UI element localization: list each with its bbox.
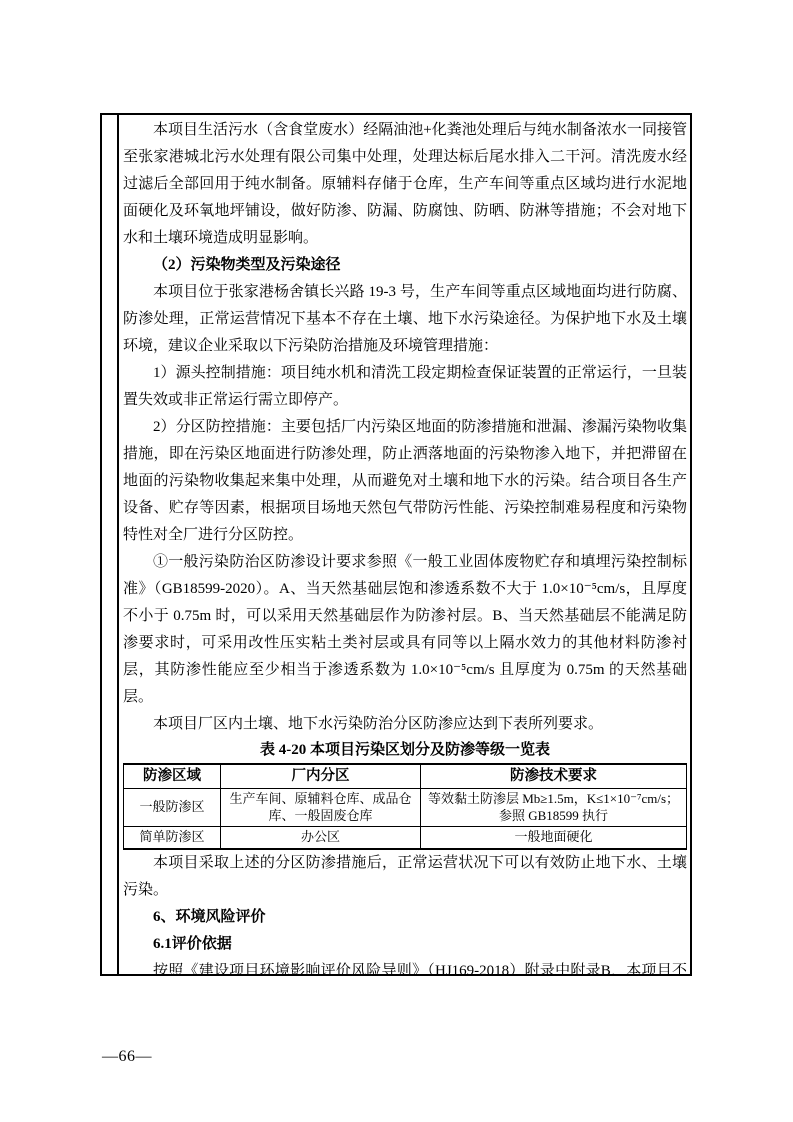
cell-req-simple: 一般地面硬化 [421, 827, 687, 849]
frame-left-column [102, 115, 119, 974]
table-header-row: 防渗区域 厂内分区 防渗技术要求 [124, 764, 687, 789]
table-420-seepage-zones: 防渗区域 厂内分区 防渗技术要求 一般防渗区 生产车间、原辅料仓库、成品仓库、一… [123, 763, 687, 850]
cell-area-simple: 办公区 [221, 827, 421, 849]
table-row-general-zone: 一般防渗区 生产车间、原辅料仓库、成品仓库、一般固废仓库 等效黏土防渗层 Mb≥… [124, 789, 687, 827]
cell-area-general: 生产车间、原辅料仓库、成品仓库、一般固废仓库 [221, 789, 421, 827]
paragraph-wastewater-treatment: 本项目生活污水（含食堂废水）经隔油池+化粪池处理后与纯水制备浓水一同接管至张家港… [123, 117, 687, 252]
table-row-simple-zone: 简单防渗区 办公区 一般地面硬化 [124, 827, 687, 849]
table-420-caption: 表 4-20 本项目污染区划分及防渗等级一览表 [123, 738, 687, 763]
header-seepage-zone: 防渗区域 [124, 764, 221, 789]
heading-risk-basis: 6.1评价依据 [123, 931, 687, 958]
cell-req-general: 等效黏土防渗层 Mb≥1.5m，K≤1×10⁻⁷cm/s；参照 GB18599 … [421, 789, 687, 827]
cell-zone-general: 一般防渗区 [124, 789, 221, 827]
paragraph-table-intro: 本项目厂区内土壤、地下水污染防治分区防渗应达到下表所列要求。 [123, 711, 687, 738]
paragraph-risk-basis: 按照《建设项目环境影响评价风险导则》（HJ169-2018）附录中附录B，本项目… [123, 958, 687, 975]
header-tech-requirement: 防渗技术要求 [421, 764, 687, 789]
paragraph-conclusion: 本项目采取上述的分区防渗措施后，正常运营状况下可以有效防止地下水、土壤污染。 [123, 850, 687, 904]
cell-zone-simple: 简单防渗区 [124, 827, 221, 849]
document-form-frame: 本项目生活污水（含食堂废水）经隔油池+化粪池处理后与纯水制备浓水一同接管至张家港… [100, 113, 692, 976]
heading-pollution-type: （2）污染物类型及污染途径 [123, 252, 687, 279]
heading-risk-evaluation: 6、环境风险评价 [123, 904, 687, 931]
header-plant-area: 厂内分区 [221, 764, 421, 789]
paragraph-source-control: 1）源头控制措施：项目纯水机和清洗工段定期检查保证装置的正常运行，一旦装置失效或… [123, 360, 687, 414]
paragraph-zone-control: 2）分区防控措施：主要包括厂内污染区地面的防渗措施和泄漏、渗漏污染物收集措施，即… [123, 414, 687, 549]
paragraph-project-location: 本项目位于张家港杨舍镇长兴路 19-3 号，生产车间等重点区域地面均进行防腐、防… [123, 279, 687, 360]
paragraph-seepage-standard: ①一般污染防治区防渗设计要求参照《一般工业固体废物贮存和填埋污染控制标准》（GB… [123, 549, 687, 711]
main-content: 本项目生活污水（含食堂废水）经隔油池+化粪池处理后与纯水制备浓水一同接管至张家港… [119, 115, 690, 974]
page-number: —66— [102, 1048, 152, 1066]
